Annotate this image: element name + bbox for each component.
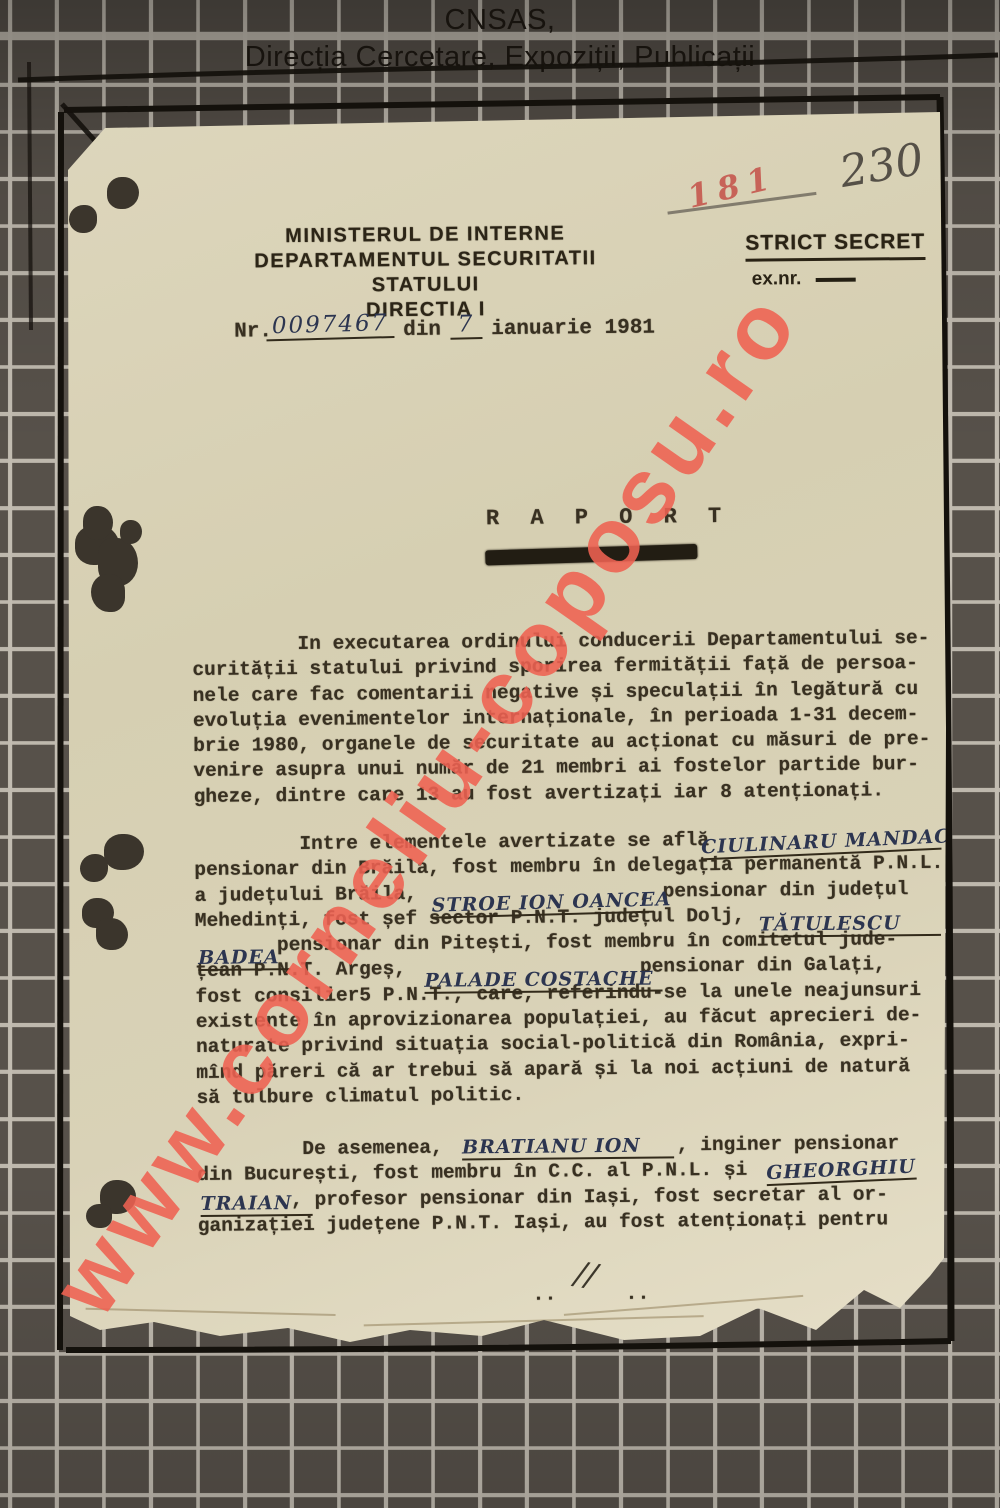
letterhead: MINISTERUL DE INTERNE DEPARTAMENTUL SECU… (235, 221, 616, 325)
letterhead-department: DEPARTAMENTUL SECURITATII STATULUI (235, 246, 615, 300)
strict-secret-stamp: STRICT SECRET (745, 230, 925, 262)
letterhead-ministry: MINISTERUL DE INTERNE (235, 221, 615, 250)
registration-number-handwritten: 0097467 (266, 310, 395, 341)
marker-dots-right: .. (625, 1283, 649, 1306)
day-handwritten: 7 (450, 311, 483, 340)
punch-hole (69, 205, 97, 233)
month-year: ianuarie 1981 (491, 317, 655, 342)
copy-number-label: ex.nr. (752, 267, 926, 291)
punch-hole (80, 854, 108, 882)
pencil-page-number: 230 (836, 134, 927, 198)
classification-block: STRICT SECRET ex.nr. (745, 230, 925, 291)
punch-hole-torn (91, 574, 125, 612)
marker-dots-left: .. (532, 1284, 556, 1307)
copy-number-text: ex.nr. (752, 268, 802, 289)
handwritten-name-bratianu-ion: BRATIANU ION (462, 1134, 674, 1160)
handwritten-name-traian: TRAIAN (200, 1192, 312, 1217)
handwritten-name-tatulescu: TĂTULESCU (759, 912, 941, 938)
copy-number-blank-line (815, 278, 855, 282)
punch-hole (96, 918, 128, 950)
marker-slashes: // (572, 1254, 600, 1295)
din-label: din (403, 319, 441, 342)
handwritten-name-palade-costache: PALADE COSTACHE (424, 968, 662, 994)
